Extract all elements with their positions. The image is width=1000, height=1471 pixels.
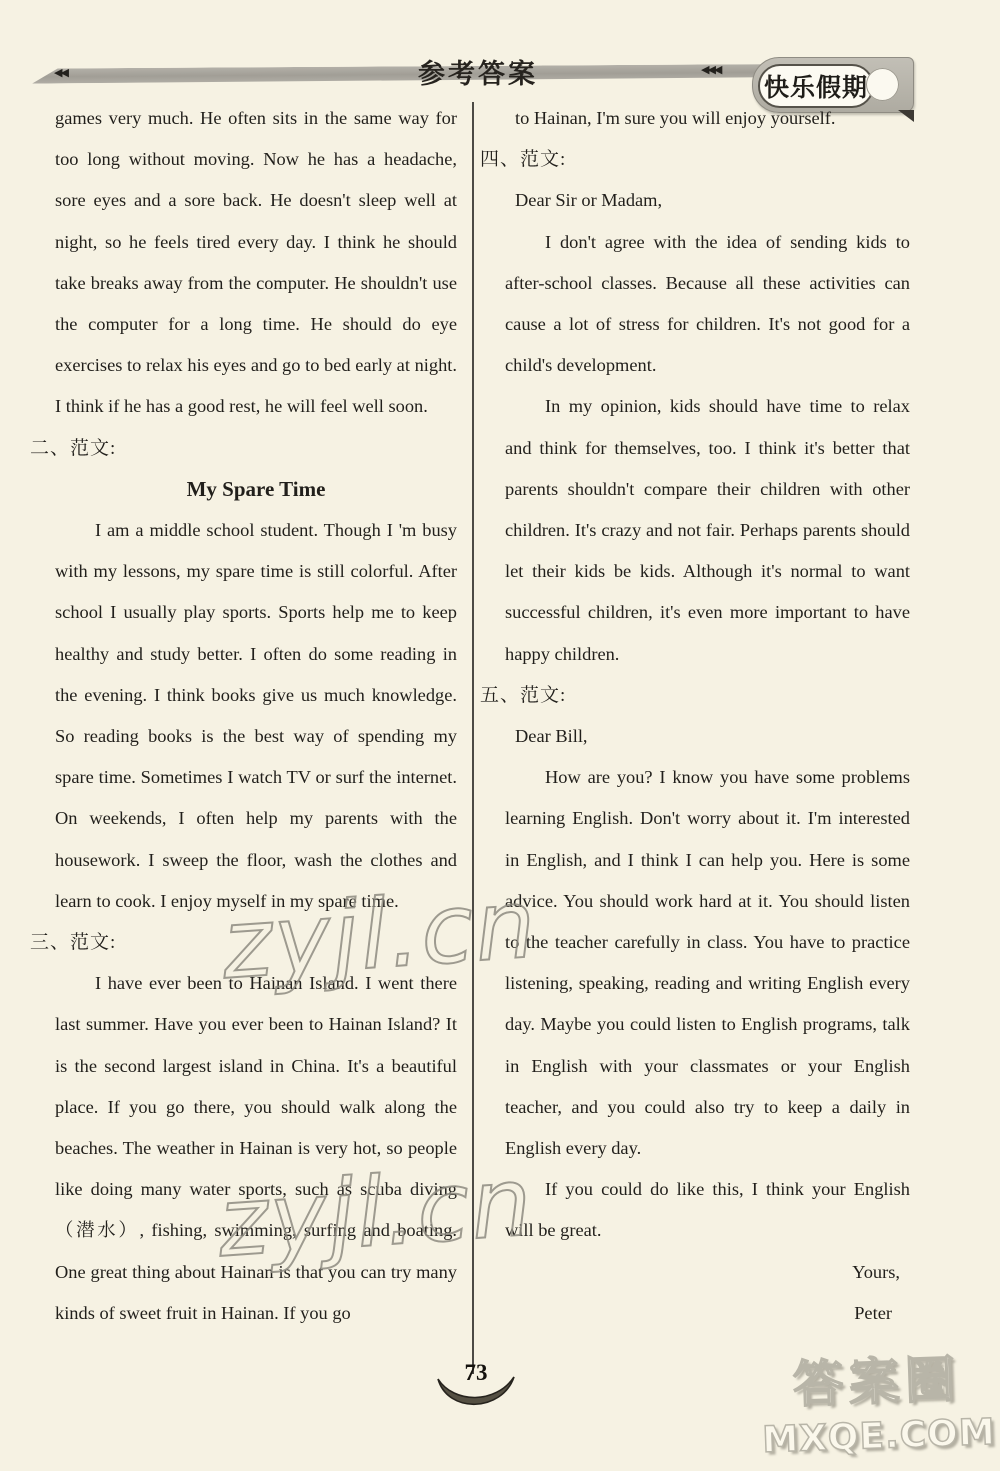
essay5-paragraph-1: How are you? I know you have some proble… [505,757,910,1169]
watermark-brand-cn: 答案圈 [759,1338,995,1418]
essay2-body-text: I am a middle school student. Though I '… [55,510,457,922]
essay1-continuation-text: games very much. He often sits in the sa… [55,98,457,428]
watermark-brand-site: MXQE.COM [761,1412,996,1461]
right-column: to Hainan, I'm sure you will enjoy yours… [505,98,910,1334]
right-arrows-icon: ◀◀◀ [701,63,720,76]
essay5-paragraph-2: If you could do like this, I think your … [505,1169,910,1251]
essay4-paragraph-2: In my opinion, kids should have time to … [505,386,910,674]
watermark-brand: 答案圈 MXQE.COM [759,1338,996,1461]
essay2-title: My Spare Time [55,469,457,510]
workbook-answer-page: ◀◀ 参考答案 ◀◀◀ 快乐假期 games very much. He oft… [0,0,1000,1471]
essay4-salutation: Dear Sir or Madam, [505,180,910,221]
section5-label: 五、范文: [480,675,910,716]
section2-label: 二、范文: [30,428,457,469]
letter-closing: Yours, [505,1252,910,1293]
badge-circle-icon [866,68,899,101]
essay3-body-text: I have ever been to Hainan Island. I wen… [55,963,457,1334]
left-arrows-icon: ◀◀ [54,66,67,79]
essay5-salutation: Dear Bill, [505,716,910,757]
left-column: games very much. He often sits in the sa… [55,98,457,1334]
page-number: 73 [428,1360,524,1386]
essay3-continuation-text: to Hainan, I'm sure you will enjoy yours… [505,98,910,139]
section3-label: 三、范文: [30,922,457,963]
section4-label: 四、范文: [480,139,910,180]
page-title: 参考答案 [418,52,538,91]
essay4-paragraph-1: I don't agree with the idea of sending k… [505,222,910,387]
letter-signature: Peter [505,1293,910,1334]
column-divider [472,102,474,1374]
page-footer: 73 [428,1360,524,1415]
